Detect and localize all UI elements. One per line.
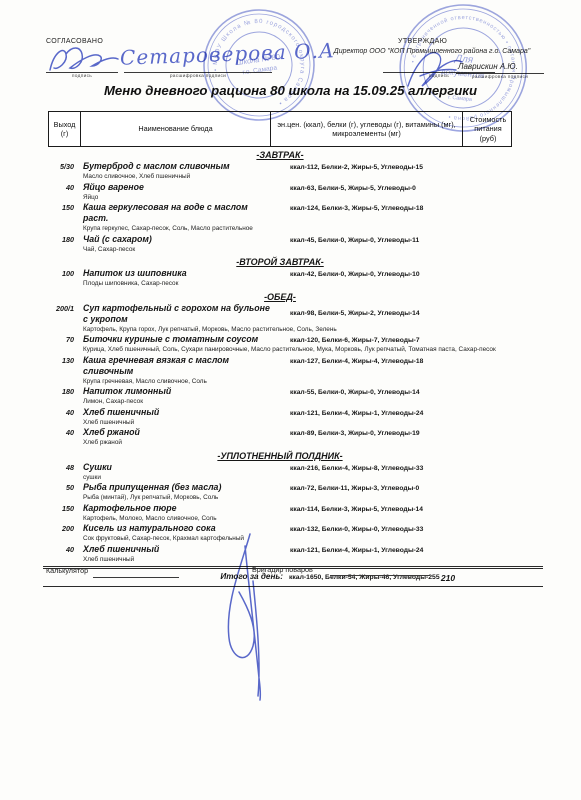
- dish-name: Каша геркулесовая на воде с маслом раст.: [80, 202, 270, 224]
- dish-nutrition: ккал-55, Белки-0, Жиры-0, Углеводы-14: [270, 386, 462, 397]
- dish-name: Сушки: [80, 462, 270, 473]
- menu-row: 40Хлеб пшеничныйккал-121, Белки-4, Жиры-…: [48, 544, 512, 565]
- name-caption-right: расшифровка подписи: [456, 75, 544, 80]
- svg-text:• МБОУ Школа № 80 городского о: • МБОУ Школа № 80 городского округа Сама…: [207, 12, 311, 115]
- dish-nutrition: ккал-45, Белки-0, Жиры-0, Углеводы-11: [270, 234, 462, 245]
- dish-name: Суп картофельный с горохом на бульоне с …: [80, 303, 270, 325]
- portion-value: 130: [48, 355, 80, 366]
- col-header-nutrition: эн.цен. (ккал), белки (г), углеводы (г),…: [271, 112, 463, 146]
- dish-name: Хлеб пшеничный: [80, 407, 270, 418]
- dish-name: Напиток из шиповника: [80, 268, 270, 279]
- portion-value: 200: [48, 523, 80, 534]
- name-caption-left: расшифровка подписи: [124, 74, 272, 79]
- portion-value: 50: [48, 482, 80, 493]
- dish-nutrition: ккал-132, Белки-0, Жиры-0, Углеводы-33: [270, 523, 462, 534]
- portion-value: 150: [48, 202, 80, 213]
- dish-name: Картофельное пюре: [80, 503, 270, 514]
- calculator-signature-line: [93, 577, 179, 578]
- dish-composition: Картофель, Молоко, Масло сливочное, Соль: [80, 514, 512, 524]
- dish-name: Яйцо вареное: [80, 182, 270, 193]
- menu-row: 70Биточки куриные с томатным соусомккал-…: [48, 334, 512, 355]
- portion-value: 70: [48, 334, 80, 345]
- dish-composition: Хлеб ржаной: [80, 438, 512, 448]
- dish-composition: Рыба (минтай), Лук репчатый, Морковь, Со…: [80, 493, 512, 503]
- dish-composition: Крупа гречневая, Масло сливочное, Соль: [80, 377, 512, 387]
- dish-composition: Лимон, Сахар-песок: [80, 397, 512, 407]
- dish-composition: Сок фруктовый, Сахар-песок, Крахмал карт…: [80, 534, 512, 544]
- portion-value: 40: [48, 427, 80, 438]
- table-header-row: Выход (г) Наименование блюда эн.цен. (кк…: [48, 111, 512, 147]
- portion-value: 150: [48, 503, 80, 514]
- section-header: -УПЛОТНЕННЫЙ ПОЛДНИК-: [48, 451, 512, 461]
- menu-row: 40Хлеб пшеничныйккал-121, Белки-4, Жиры-…: [48, 407, 512, 428]
- dish-name: Хлеб пшеничный: [80, 544, 270, 555]
- dish-nutrition: ккал-72, Белки-11, Жиры-3, Углеводы-0: [270, 482, 462, 493]
- dish-composition: Картофель, Крупа горох, Лук репчатый, Мо…: [80, 325, 512, 335]
- col-header-dish: Наименование блюда: [81, 112, 271, 146]
- menu-body: -ЗАВТРАК-5/30Бутерброд с маслом сливочны…: [48, 150, 512, 564]
- dish-composition: Яйцо: [80, 193, 512, 203]
- signature-caption-left: подпись: [46, 74, 118, 79]
- dish-nutrition: ккал-121, Белки-4, Жиры-1, Углеводы-24: [270, 407, 462, 418]
- dish-name: Хлеб ржаной: [80, 427, 270, 438]
- dish-nutrition: ккал-216, Белки-4, Жиры-8, Углеводы-33: [270, 462, 462, 473]
- portion-value: 5/30: [48, 161, 80, 172]
- dish-composition: сушки: [80, 473, 512, 483]
- name-line-left: [124, 72, 272, 73]
- dish-nutrition: ккал-89, Белки-3, Жиры-0, Углеводы-19: [270, 427, 462, 438]
- menu-row: 40Яйцо вареноеккал-63, Белки-5, Жиры-5, …: [48, 182, 512, 203]
- menu-row: 180Чай (с сахаром)ккал-45, Белки-0, Жиры…: [48, 234, 512, 255]
- menu-row: 48Сушкиккал-216, Белки-4, Жиры-8, Углево…: [48, 462, 512, 483]
- dish-composition: Хлеб пшеничный: [80, 418, 512, 428]
- section-header: -ЗАВТРАК-: [48, 150, 512, 160]
- dish-nutrition: ккал-98, Белки-5, Жиры-2, Углеводы-14: [270, 309, 462, 318]
- approved-label: УТВЕРЖДАЮ: [398, 38, 447, 45]
- dish-name: Каша гречневая вязкая с маслом сливочным: [80, 355, 270, 377]
- portion-value: 40: [48, 544, 80, 555]
- portion-value: 180: [48, 386, 80, 397]
- dish-composition: Плоды шиповника, Сахар-песок: [80, 279, 512, 289]
- portion-value: 40: [48, 407, 80, 418]
- dish-nutrition: ккал-121, Белки-4, Жиры-1, Углеводы-24: [270, 544, 462, 555]
- menu-row: 5/30Бутерброд с маслом сливочнымккал-112…: [48, 161, 512, 182]
- menu-row: 130Каша гречневая вязкая с маслом сливоч…: [48, 355, 512, 387]
- menu-row: 150Картофельное пюреккал-114, Белки-3, Ж…: [48, 503, 512, 524]
- portion-value: 48: [48, 462, 80, 473]
- dish-nutrition: ккал-120, Белки-6, Жиры-7, Углеводы-7: [270, 334, 462, 345]
- menu-row: 40Хлеб ржанойккал-89, Белки-3, Жиры-0, У…: [48, 427, 512, 448]
- menu-row: 150Каша геркулесовая на воде с маслом ра…: [48, 202, 512, 234]
- dish-composition: Курица, Хлеб пшеничный, Соль, Сухари пан…: [80, 345, 512, 355]
- menu-table: Выход (г) Наименование блюда эн.цен. (кк…: [48, 111, 512, 587]
- menu-row: 200/1Суп картофельный с горохом на бульо…: [48, 303, 512, 335]
- document-page: СОГЛАСОВАНО подпись Сетароверова О.А рас…: [0, 0, 581, 800]
- stamp-school-center-1: Школа № 80: [236, 52, 281, 67]
- portion-value: 200/1: [48, 303, 80, 314]
- dish-nutrition: ккал-112, Белки-2, Жиры-5, Углеводы-15: [270, 161, 462, 172]
- dish-nutrition: ккал-124, Белки-3, Жиры-5, Углеводы-18: [270, 202, 462, 213]
- menu-row: 200Кисель из натурального сокаккал-132, …: [48, 523, 512, 544]
- menu-row: 180Напиток лимонныйккал-55, Белки-0, Жир…: [48, 386, 512, 407]
- dish-composition: Чай, Сахар-песок: [80, 245, 512, 255]
- dish-nutrition: ккал-114, Белки-3, Жиры-5, Углеводы-14: [270, 503, 462, 514]
- col-header-cost: Стоимость питания (руб): [463, 112, 513, 146]
- name-line-right: [456, 73, 544, 74]
- col-header-output: Выход (г): [49, 112, 81, 146]
- calculator-label: Калькулятор: [46, 566, 88, 575]
- agreed-label: СОГЛАСОВАНО: [46, 38, 103, 45]
- menu-row: 100Напиток из шиповникаккал-42, Белки-0,…: [48, 268, 512, 289]
- dish-name: Чай (с сахаром): [80, 234, 270, 245]
- dish-composition: Хлеб пшеничный: [80, 555, 512, 565]
- dish-nutrition: ккал-42, Белки-0, Жиры-0, Углеводы-10: [270, 268, 462, 279]
- portion-value: 180: [48, 234, 80, 245]
- director-title: Директор ООО "КОП Промышленного района г…: [298, 48, 566, 55]
- dish-composition: Масло сливочное, Хлеб пшеничный: [80, 172, 512, 182]
- brigadier-signature-line: [330, 575, 430, 576]
- dish-name: Кисель из натурального сока: [80, 523, 270, 534]
- stamp-school-ring-text: • МБОУ Школа № 80 городского округа Сама…: [207, 12, 311, 115]
- brigadier-label: Бригадир поваров: [252, 565, 313, 574]
- director-name: Лаврискин А.Ю.: [458, 62, 548, 71]
- dish-composition: Крупа геркулес, Сахар-песок, Соль, Масло…: [80, 224, 512, 234]
- portion-value: 40: [48, 182, 80, 193]
- section-header: -ОБЕД-: [48, 292, 512, 302]
- dish-nutrition: ккал-63, Белки-5, Жиры-5, Углеводы-0: [270, 182, 462, 193]
- signature-line-left: [46, 72, 118, 73]
- dish-nutrition: ккал-127, Белки-4, Жиры-4, Углеводы-18: [270, 355, 462, 366]
- dish-name: Биточки куриные с томатным соусом: [80, 334, 270, 345]
- document-title: Меню дневного рациона 80 школа на 15.09.…: [0, 83, 581, 98]
- dish-name: Рыба припущенная (без масла): [80, 482, 270, 493]
- section-header: -ВТОРОЙ ЗАВТРАК-: [48, 257, 512, 267]
- dish-name: Бутерброд с маслом сливочным: [80, 161, 270, 172]
- dish-name: Напиток лимонный: [80, 386, 270, 397]
- menu-row: 50Рыба припущенная (без масла)ккал-72, Б…: [48, 482, 512, 503]
- portion-value: 100: [48, 268, 80, 279]
